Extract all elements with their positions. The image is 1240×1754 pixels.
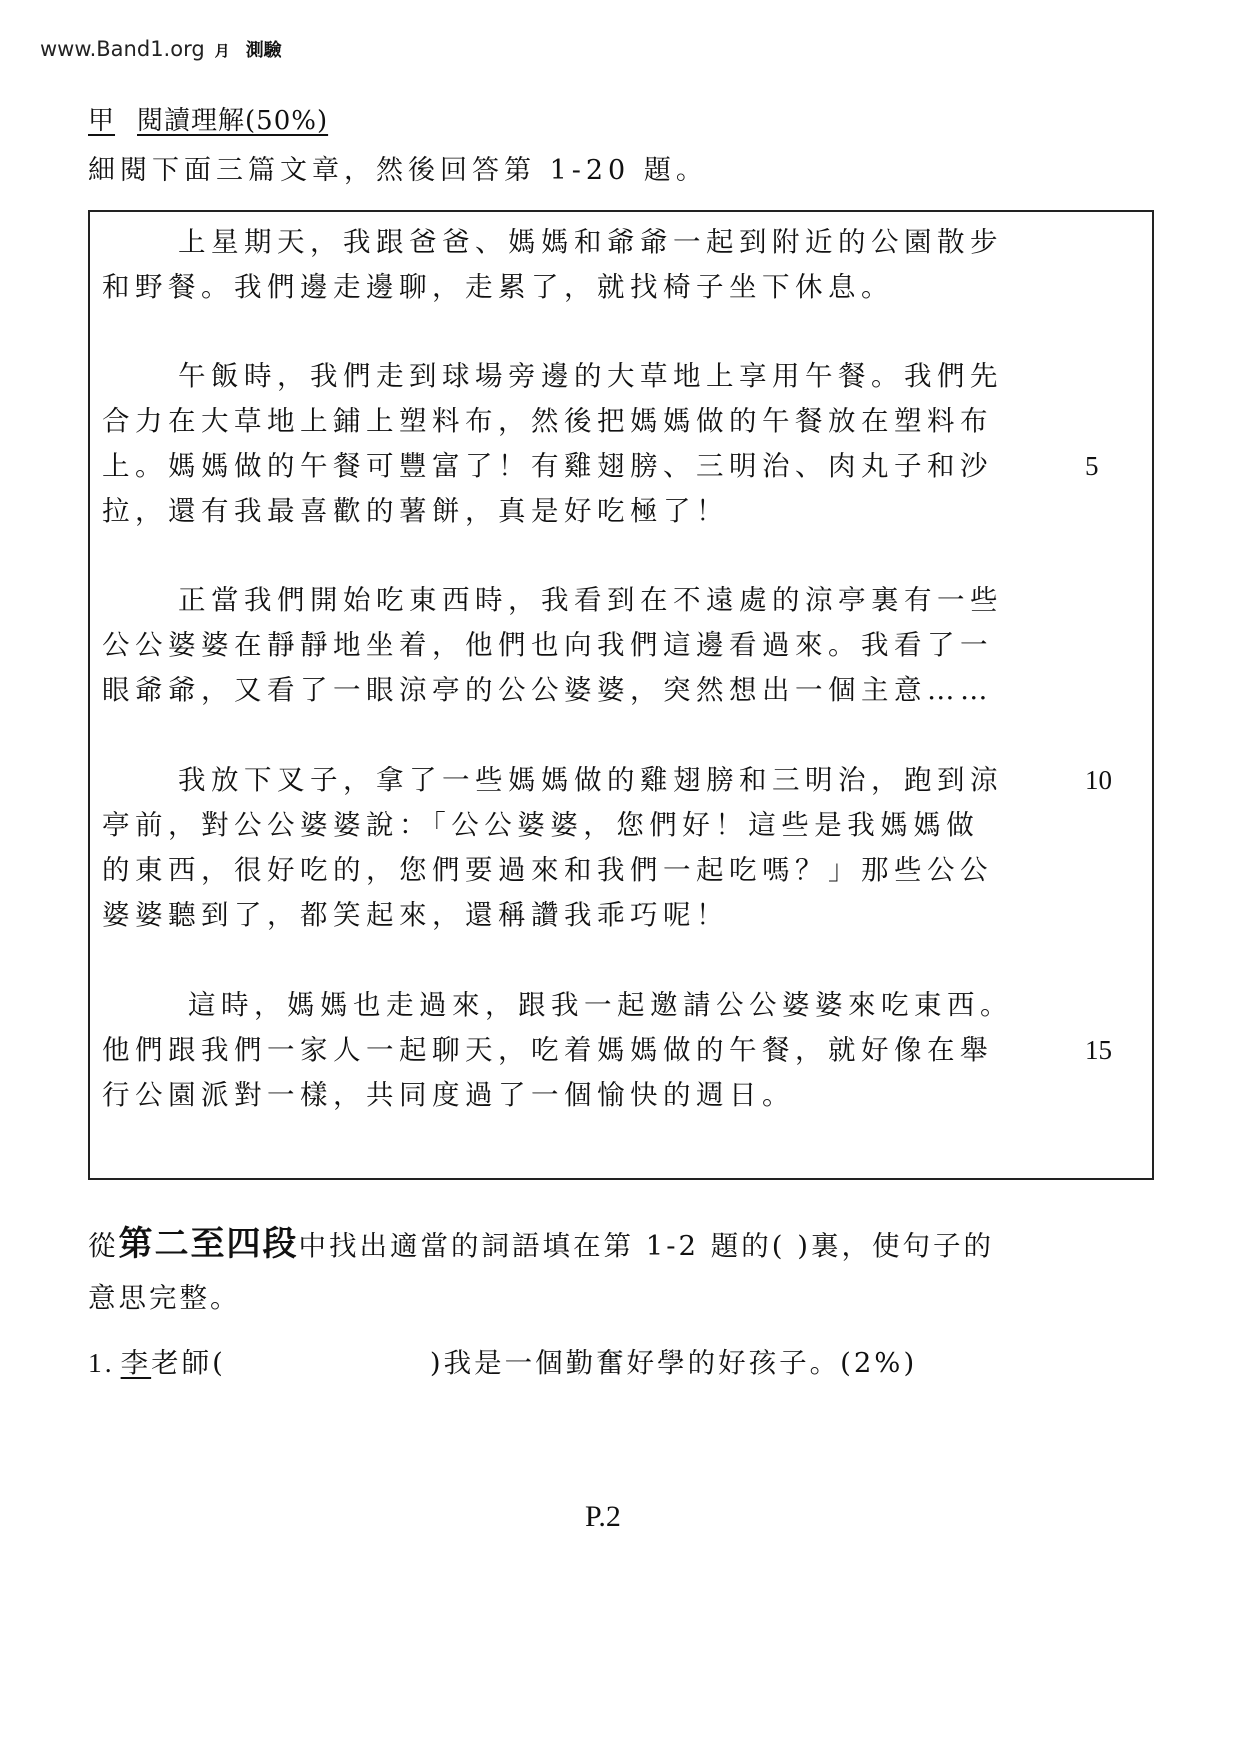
passage-line: 行公園派對一樣，共同度過了一個愉快的週日。 [102, 1077, 795, 1113]
passage-line: 婆婆聽到了，都笑起來，還稱讚我乖巧呢！ [102, 897, 729, 933]
line-number: 10 [1085, 762, 1112, 798]
passage-box: 上星期天，我跟爸爸、媽媽和爺爺一起到附近的公園散步 和野餐。我們邊走邊聊，走累了… [88, 210, 1154, 1180]
line-number: 15 [1085, 1032, 1112, 1068]
section-title: 甲閱讀理解(50%) [88, 100, 328, 137]
header-month: 月 [215, 40, 230, 61]
passage-line: 他們跟我們一家人一起聊天，吃着媽媽做的午餐，就好像在舉 [102, 1032, 993, 1068]
instruction-emphasis: 第二至四段 [119, 1224, 299, 1264]
passage-line: 亭前，對公公婆婆說：「公公婆婆，您們好！這些是我媽媽做 [102, 807, 979, 843]
instruction-suffix: 中找出適當的詞語填在第 1-2 題的( )裏，使句子的 [299, 1230, 994, 1262]
passage-line: 正當我們開始吃東西時，我看到在不遠處的涼亭裏有一些 [178, 582, 1003, 618]
passage-line: 眼爺爺，又看了一眼涼亭的公公婆婆，突然想出一個主意…… [102, 672, 993, 708]
passage-line: 拉，還有我最喜歡的薯餅，真是好吃極了！ [102, 493, 729, 529]
reading-instructions: 細閱下面三篇文章，然後回答第 1-20 題。 [88, 148, 708, 187]
passage-line: 公公婆婆在靜靜地坐着，他們也向我們這邊看過來。我看了一 [102, 627, 993, 663]
passage-line: 和野餐。我們邊走邊聊，走累了，就找椅子坐下休息。 [102, 269, 894, 305]
passage-line: 上星期天，我跟爸爸、媽媽和爺爺一起到附近的公園散步 [178, 224, 1003, 260]
question-text-after: )我是一個勤奮好學的好孩子。(2%) [430, 1340, 917, 1380]
passage-line: 這時，媽媽也走過來，跟我一起邀請公公婆婆來吃東西。 [188, 987, 1013, 1023]
question-text-before: 老師( [151, 1340, 226, 1380]
question-1: 1. 李 老師( )我是一個勤奮好學的好孩子。(2%) [88, 1340, 917, 1381]
line-number: 5 [1085, 448, 1099, 484]
page-header: www.Band1.org 月 測驗 [40, 36, 282, 62]
answer-blank-input[interactable] [226, 1347, 430, 1381]
header-test-label: 測驗 [246, 36, 282, 62]
site-url: www.Band1.org [40, 37, 205, 61]
section-label: 甲 [88, 106, 115, 136]
page-number: P.2 [585, 1500, 621, 1534]
instruction-prefix: 從 [88, 1230, 119, 1262]
passage-line: 午飯時，我們走到球場旁邊的大草地上享用午餐。我們先 [178, 358, 1003, 394]
instruction-line2: 意思完整。 [88, 1282, 241, 1314]
question-instruction: 從第二至四段中找出適當的詞語填在第 1-2 題的( )裏，使句子的 意思完整。 [88, 1218, 1148, 1324]
passage-line: 合力在大草地上鋪上塑料布，然後把媽媽做的午餐放在塑料布 [102, 403, 993, 439]
section-heading: 閱讀理解(50%) [137, 106, 328, 136]
question-number: 1. [88, 1347, 115, 1379]
passage-line: 上。媽媽做的午餐可豐富了！有雞翅膀、三明治、肉丸子和沙 [102, 448, 993, 484]
passage-line: 我放下叉子，拿了一些媽媽做的雞翅膀和三明治，跑到涼 [178, 762, 1003, 798]
passage-line: 的東西，很好吃的，您們要過來和我們一起吃嗎？」那些公公 [102, 852, 993, 888]
proper-noun-underlined: 李 [121, 1340, 152, 1380]
